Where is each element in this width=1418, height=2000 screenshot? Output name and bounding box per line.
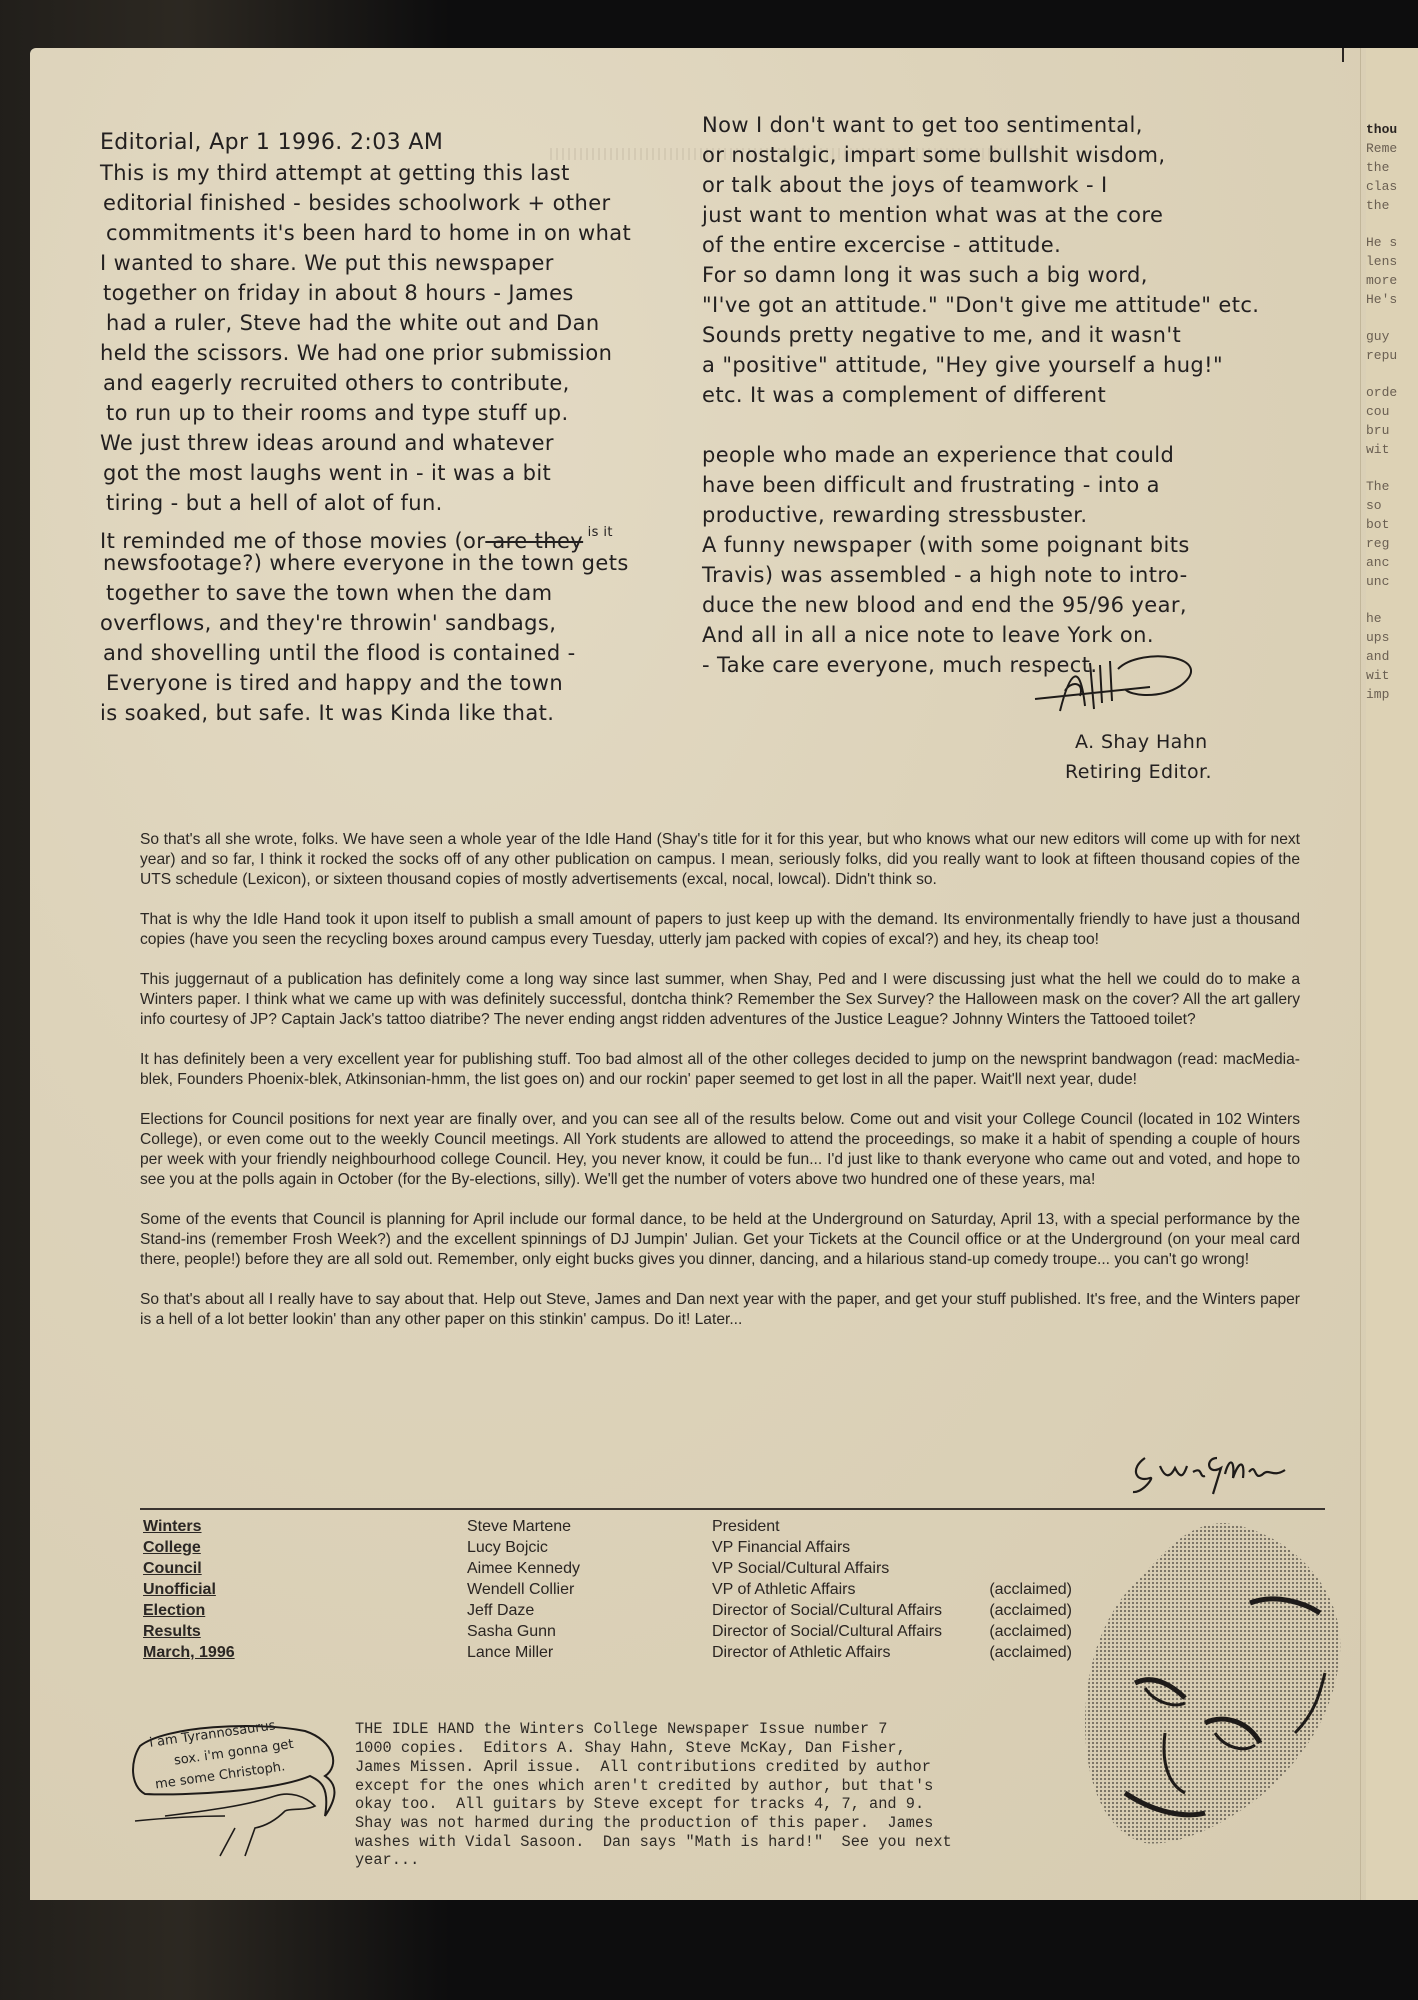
editorial-line: Everyone is tired and happy and the town xyxy=(100,668,730,698)
page-fold xyxy=(1360,48,1361,1900)
next-page-line: he xyxy=(1366,609,1418,628)
editorial-line: productive, rewarding stressbuster. xyxy=(702,500,1342,530)
position-note: (acclaimed) xyxy=(989,1579,1072,1600)
article-paragraph: So that's about all I really have to say… xyxy=(140,1290,1300,1330)
line-gap xyxy=(1366,365,1418,383)
candidate-position-row: Director of Social/Cultural Affairs(accl… xyxy=(712,1621,1072,1642)
next-page-line: anc xyxy=(1366,553,1418,572)
editorial-line: or nostalgic, impart some bullshit wisdo… xyxy=(702,140,1342,170)
editorial-line: And all in all a nice note to leave York… xyxy=(702,620,1342,650)
next-page-line: Reme xyxy=(1366,139,1418,158)
shay-signature-scribble xyxy=(1030,651,1220,721)
editorial-line: overflows, and they're throwin' sandbags… xyxy=(100,608,730,638)
editorial-line: people who made an experience that could xyxy=(702,440,1342,470)
next-page-line: so xyxy=(1366,496,1418,515)
next-page-line: more xyxy=(1366,271,1418,290)
next-page-line: cou xyxy=(1366,402,1418,421)
editorial-line: have been difficult and frustrating - in… xyxy=(702,470,1342,500)
line-gap xyxy=(1366,591,1418,609)
next-page-line: reg xyxy=(1366,534,1418,553)
next-page-line: clas xyxy=(1366,177,1418,196)
results-heading-line: Winters xyxy=(143,1516,235,1537)
editorial-line: together to save the town when the dam xyxy=(100,578,730,608)
editor-signature-name: A. Shay Hahn xyxy=(1075,731,1208,753)
editor-signature-role: Retiring Editor. xyxy=(1065,761,1212,783)
next-page-line: wit xyxy=(1366,440,1418,459)
editorial-line: of the entire excercise - attitude. xyxy=(702,230,1342,260)
next-page-line: repu xyxy=(1366,346,1418,365)
line-gap xyxy=(1366,309,1418,327)
editorial-left-column: Editorial, Apr 1 1996. 2:03 AM This is m… xyxy=(100,128,730,728)
position-title: Director of Athletic Affairs xyxy=(712,1642,890,1663)
article-paragraph: Some of the events that Council is plann… xyxy=(140,1210,1300,1270)
next-page-line: He s xyxy=(1366,233,1418,252)
candidate-position-row: VP Social/Cultural Affairs xyxy=(712,1558,1072,1579)
election-results-names: Steve MarteneLucy BojcicAimee KennedyWen… xyxy=(467,1516,580,1663)
article-paragraph: Elections for Council positions for next… xyxy=(140,1110,1300,1190)
next-page-line: and xyxy=(1366,647,1418,666)
next-page-line: wit xyxy=(1366,666,1418,685)
position-title: VP Financial Affairs xyxy=(712,1537,850,1558)
next-page-line: The xyxy=(1366,477,1418,496)
article-paragraph: This juggernaut of a publication has def… xyxy=(140,970,1300,1030)
candidate-name: Lance Miller xyxy=(467,1642,580,1663)
editorial-line: editorial finished - besides schoolwork … xyxy=(100,188,730,218)
results-heading-line: College xyxy=(143,1537,235,1558)
editorial-line: This is my third attempt at getting this… xyxy=(100,158,730,188)
article-paragraph: It has definitely been a very excellent … xyxy=(140,1050,1300,1090)
candidate-name: Steve Martene xyxy=(467,1516,580,1537)
colophon-handwritten-month: April xyxy=(484,1757,518,1775)
editorial-right-column: Now I don't want to get too sentimental,… xyxy=(702,110,1342,680)
editorial-line: "I've got an attitude." "Don't give me a… xyxy=(702,290,1342,320)
results-heading-line: Council xyxy=(143,1558,235,1579)
editorial-heading: Editorial, Apr 1 1996. 2:03 AM xyxy=(100,128,730,158)
next-page-line: thou xyxy=(1366,120,1418,139)
editorial-line: Sounds pretty negative to me, and it was… xyxy=(702,320,1342,350)
next-page-line: bru xyxy=(1366,421,1418,440)
section-divider xyxy=(140,1508,1325,1510)
editorial-line: - Take care everyone, much respect. xyxy=(702,650,1342,680)
candidate-name: Sasha Gunn xyxy=(467,1621,580,1642)
candidate-name: Lucy Bojcic xyxy=(467,1537,580,1558)
results-heading-line: Results xyxy=(143,1621,235,1642)
handwritten-insertion: is it xyxy=(583,525,613,540)
scan-pin-mark xyxy=(1342,48,1344,62)
position-note: (acclaimed) xyxy=(989,1621,1072,1642)
article-body: So that's all she wrote, folks. We have … xyxy=(140,830,1300,1350)
halftone-face-illustration xyxy=(1075,1513,1360,1853)
results-heading-line: March, 1996 xyxy=(143,1642,235,1663)
editorial-line: duce the new blood and end the 95/96 yea… xyxy=(702,590,1342,620)
article-paragraph: That is why the Idle Hand took it upon i… xyxy=(140,910,1300,950)
position-title: Director of Social/Cultural Affairs xyxy=(712,1621,942,1642)
colophon: THE IDLE HAND the Winters College Newspa… xyxy=(355,1720,1075,1870)
election-results-positions: PresidentVP Financial AffairsVP Social/C… xyxy=(712,1516,1072,1663)
next-page-line: unc xyxy=(1366,572,1418,591)
editorial-line: For so damn long it was such a big word, xyxy=(702,260,1342,290)
editorial-line: held the scissors. We had one prior subm… xyxy=(100,338,730,368)
editorial-line: A funny newspaper (with some poignant bi… xyxy=(702,530,1342,560)
position-title: Director of Social/Cultural Affairs xyxy=(712,1600,942,1621)
next-page-line: lens xyxy=(1366,252,1418,271)
editorial-line: It reminded me of those movies (or are t… xyxy=(100,518,730,548)
next-page-line: the xyxy=(1366,158,1418,177)
next-page-fragment: thouRemetheclastheHe slensmoreHe'sguyrep… xyxy=(1366,48,1418,1900)
position-title: President xyxy=(712,1516,780,1537)
candidate-name: Aimee Kennedy xyxy=(467,1558,580,1579)
editorial-line: Now I don't want to get too sentimental, xyxy=(702,110,1342,140)
newspaper-page: thouRemetheclastheHe slensmoreHe'sguyrep… xyxy=(30,48,1418,1900)
steve-signature xyxy=(1125,1448,1290,1496)
editorial-line: Travis) was assembled - a high note to i… xyxy=(702,560,1342,590)
next-page-line: orde xyxy=(1366,383,1418,402)
editorial-line: We just threw ideas around and whatever xyxy=(100,428,730,458)
editorial-line: and shovelling until the flood is contai… xyxy=(100,638,730,668)
candidate-position-row: President xyxy=(712,1516,1072,1537)
position-note: (acclaimed) xyxy=(989,1642,1072,1663)
next-page-line: ups xyxy=(1366,628,1418,647)
editorial-line: had a ruler, Steve had the white out and… xyxy=(100,308,730,338)
candidate-position-row: Director of Athletic Affairs(acclaimed) xyxy=(712,1642,1072,1663)
editorial-line: commitments it's been hard to home in on… xyxy=(100,218,730,248)
editorial-line: or talk about the joys of teamwork - I xyxy=(702,170,1342,200)
next-page-line: imp xyxy=(1366,685,1418,704)
candidate-position-row: VP of Athletic Affairs(acclaimed) xyxy=(712,1579,1072,1600)
editorial-line: etc. It was a complement of different xyxy=(702,380,1342,410)
editorial-line: I wanted to share. We put this newspaper xyxy=(100,248,730,278)
candidate-name: Jeff Daze xyxy=(467,1600,580,1621)
line-gap xyxy=(1366,215,1418,233)
next-page-line: bot xyxy=(1366,515,1418,534)
next-page-line: the xyxy=(1366,196,1418,215)
editorial-line: tiring - but a hell of alot of fun. xyxy=(100,488,730,518)
position-title: VP Social/Cultural Affairs xyxy=(712,1558,889,1579)
position-note: (acclaimed) xyxy=(989,1600,1072,1621)
editorial-line: got the most laughs went in - it was a b… xyxy=(100,458,730,488)
editorial-line: together on friday in about 8 hours - Ja… xyxy=(100,278,730,308)
editorial-line: to run up to their rooms and type stuff … xyxy=(100,398,730,428)
editorial-line xyxy=(702,410,1342,440)
next-page-line: guy xyxy=(1366,327,1418,346)
editorial-line: newsfootage?) where everyone in the town… xyxy=(100,548,730,578)
article-paragraph: So that's all she wrote, folks. We have … xyxy=(140,830,1300,890)
results-heading-line: Unofficial xyxy=(143,1579,235,1600)
line-gap xyxy=(1366,459,1418,477)
editorial-line: is soaked, but safe. It was Kinda like t… xyxy=(100,698,730,728)
editorial-line: a "positive" attitude, "Hey give yoursel… xyxy=(702,350,1342,380)
candidate-name: Wendell Collier xyxy=(467,1579,580,1600)
editorial-line: just want to mention what was at the cor… xyxy=(702,200,1342,230)
candidate-position-row: VP Financial Affairs xyxy=(712,1537,1072,1558)
position-title: VP of Athletic Affairs xyxy=(712,1579,856,1600)
results-heading-line: Election xyxy=(143,1600,235,1621)
editorial-line: and eagerly recruited others to contribu… xyxy=(100,368,730,398)
candidate-position-row: Director of Social/Cultural Affairs(accl… xyxy=(712,1600,1072,1621)
next-page-line: He's xyxy=(1366,290,1418,309)
election-results-heading: WintersCollegeCouncilUnofficialElectionR… xyxy=(143,1516,235,1663)
